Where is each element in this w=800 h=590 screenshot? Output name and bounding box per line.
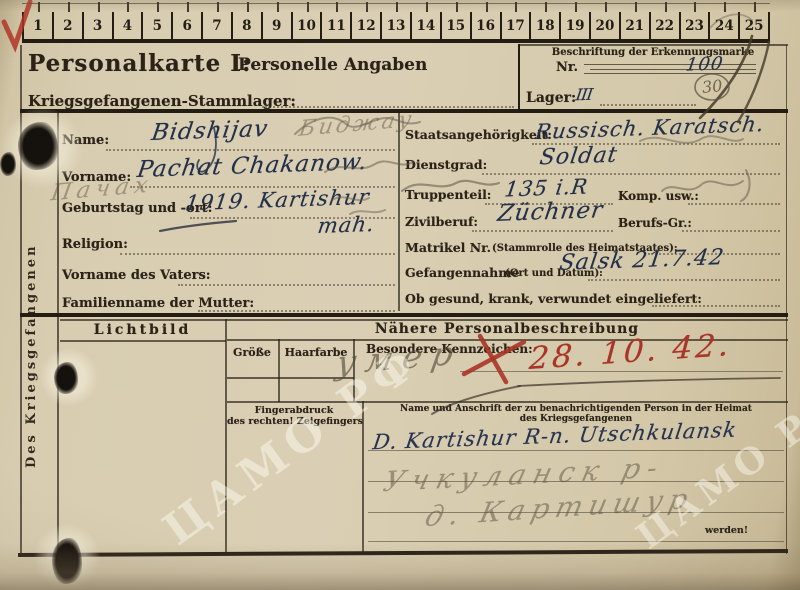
kennzeichen-ruled-line — [460, 371, 783, 372]
ruler-number: 9 — [261, 12, 291, 39]
marke-box-top-border — [518, 44, 788, 46]
pen-line — [518, 378, 780, 386]
paper-hole — [52, 538, 82, 584]
ruler-number: 16 — [470, 12, 500, 39]
stammlager-label: Kriegsgefangenen-Stammlager: — [28, 92, 296, 110]
zivilberuf-dotted-line — [472, 229, 613, 232]
ruler-number: 12 — [350, 12, 380, 39]
mutter-dotted-line — [198, 309, 395, 312]
paper-hole — [54, 362, 78, 394]
ruler-number: 25 — [738, 12, 770, 39]
truppenteil-label: Truppenteil: — [405, 187, 491, 202]
ruler-number: 4 — [112, 12, 142, 39]
religion-label: Religion: — [62, 237, 128, 252]
ruler-number: 18 — [529, 12, 559, 39]
marke-nr-label: Nr. — [556, 60, 578, 75]
marke-nr-rule — [584, 64, 756, 65]
gefangennahme-dotted-line — [588, 278, 780, 281]
berufsgr-label: Berufs-Gr.: — [618, 216, 692, 230]
lager-label: Lager: — [526, 90, 576, 106]
geburtstag-value: 1919. Kartishur — [184, 185, 371, 215]
ruler-number: 24 — [708, 12, 738, 39]
lager-value: III — [575, 85, 594, 105]
marke-nr-value: 100 — [684, 53, 725, 75]
ruler-number: 17 — [500, 12, 530, 39]
komp-label: Komp. usw.: — [618, 189, 699, 203]
column-divider — [398, 113, 400, 311]
ruler-number: 15 — [440, 12, 470, 39]
name-value: Bidshijav — [150, 116, 270, 146]
lichtbild-label: Lichtbild — [60, 322, 225, 338]
gefangennahme-value: Salsk 21.7.42 — [558, 245, 726, 276]
ruler-number: 10 — [291, 12, 321, 39]
paper-hole — [18, 122, 58, 170]
ruler-number: 7 — [201, 12, 231, 39]
marke-nr-rule — [590, 69, 756, 70]
side-vertical-label: Des Kriegsgefangenen — [24, 228, 39, 468]
staatsangehoerigkeit-value: Russisch. Karatsch. — [534, 112, 767, 144]
zivilberuf-label: Zivilberuf: — [405, 214, 478, 229]
notify-header-line1: Name und Anschrift der zu benachrichtige… — [366, 404, 786, 414]
dienstgrad-label: Dienstgrad: — [405, 157, 487, 172]
stammlager-dotted-line — [262, 105, 514, 108]
groesse-haarfarbe-divider — [278, 339, 280, 402]
dienstgrad-dotted-line — [482, 172, 780, 175]
gesund-dotted-line — [652, 304, 780, 307]
pow-card-scan: 1234567891011121314151617181920212223242… — [0, 0, 800, 590]
religion-value: mah. — [316, 212, 376, 238]
komp-dotted-line — [688, 202, 780, 205]
zivilberuf-value: Züchner — [496, 197, 605, 227]
ruler-number: 23 — [679, 12, 709, 39]
ruler-number: 11 — [320, 12, 350, 39]
gefangennahme-label: Gefangennahme — [405, 265, 519, 280]
religion-dotted-line — [120, 252, 395, 255]
ruler-number: 1 — [22, 12, 52, 39]
marke-nr-rule — [584, 73, 756, 74]
ruler-number: 14 — [410, 12, 440, 39]
vorname-value: Pachat Chakanow. — [136, 149, 370, 183]
card-title: Personalkarte I: — [28, 50, 252, 77]
dienstgrad-value: Soldat — [538, 143, 619, 171]
ruler-number: 20 — [589, 12, 619, 39]
groesse-label: Größe — [227, 346, 277, 359]
fields-bottom-border — [20, 313, 788, 317]
card-subtitle: Personelle Angaben — [238, 55, 427, 75]
circled-number: 30 — [701, 76, 723, 97]
ruler-number: 3 — [82, 12, 112, 39]
ruler-number: 6 — [171, 12, 201, 39]
ruler-number: 21 — [619, 12, 649, 39]
marke-box-left-border — [518, 44, 520, 111]
ruler-number: 5 — [141, 12, 171, 39]
notify-ruled-line — [368, 541, 784, 542]
ruler-number: 13 — [380, 12, 410, 39]
ruler-number: 19 — [559, 12, 589, 39]
marke-title: Beschriftung der Erkennungsmarke — [528, 47, 778, 58]
card-bottom-border — [18, 549, 788, 557]
number-ruler: 1234567891011121314151617181920212223242… — [22, 12, 770, 43]
lager-dotted-line — [600, 103, 696, 106]
staatsangehoerigkeit-label: Staatsangehörigkeit: — [405, 127, 552, 142]
ink-dash — [160, 221, 236, 231]
berufsgr-dotted-line — [682, 229, 780, 232]
card-right-border — [786, 45, 787, 554]
notify-corner-text: werden! — [705, 525, 748, 536]
vater-label: Vorname des Vaters: — [62, 268, 211, 283]
matrikel-label: Matrikel Nr. — [405, 240, 491, 255]
ruler-number: 22 — [649, 12, 679, 39]
lichtbild-underline — [60, 340, 226, 342]
ruler-number: 2 — [52, 12, 82, 39]
vater-dotted-line — [178, 283, 395, 286]
paper-hole — [0, 152, 16, 176]
ruler-number: 8 — [231, 12, 261, 39]
